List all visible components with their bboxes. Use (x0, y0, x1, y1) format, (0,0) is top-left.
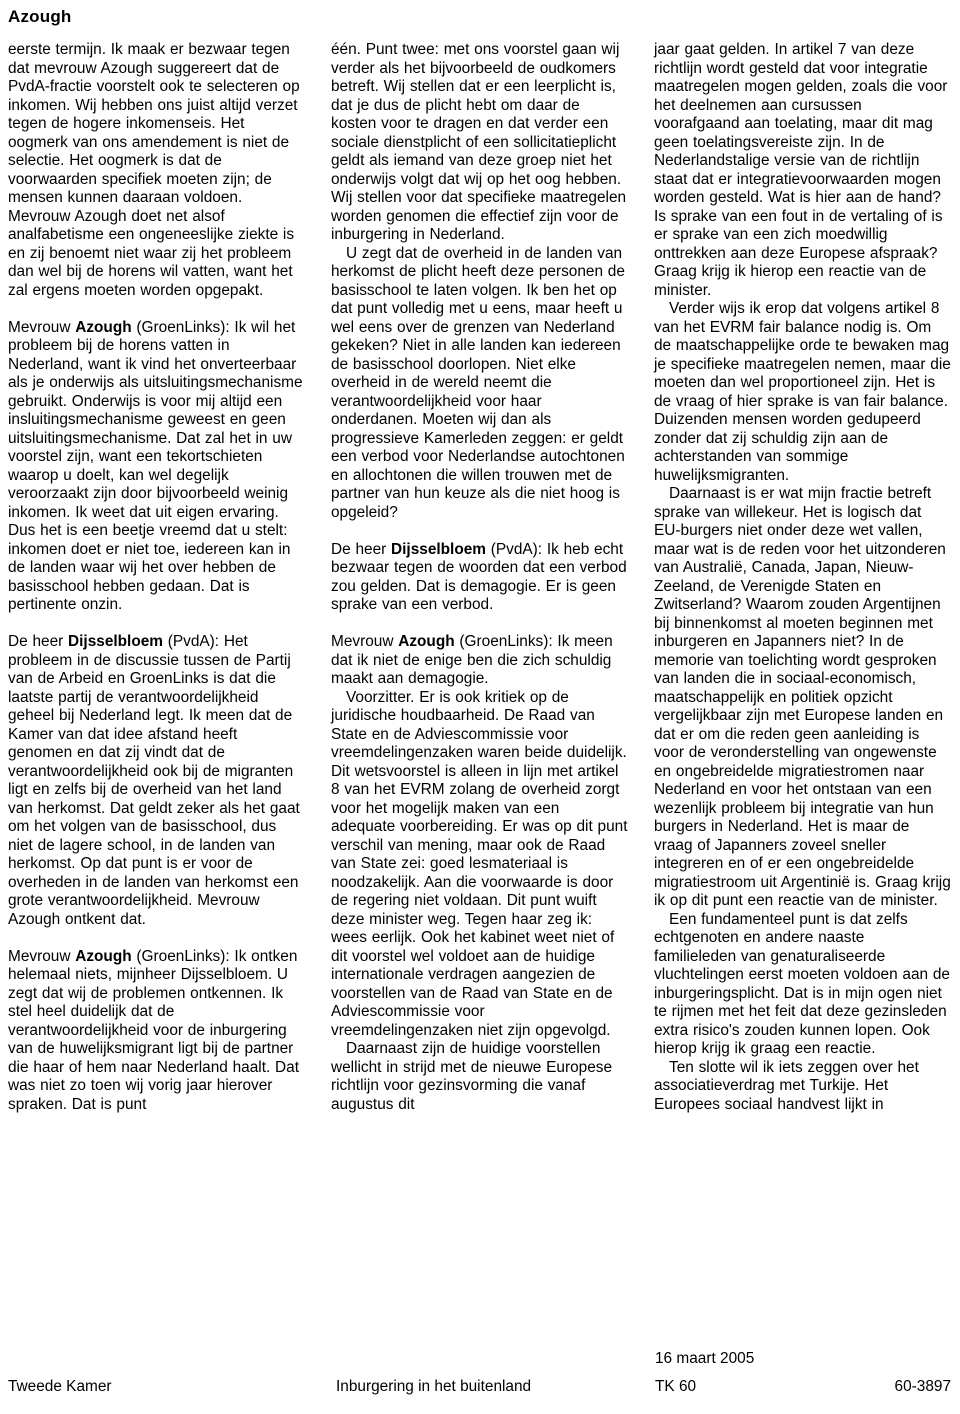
footer-chamber: Tweede Kamer (8, 1378, 112, 1397)
paragraph: jaar gaat gelden. In artikel 7 van deze … (654, 41, 951, 300)
column-1: eerste termijn. Ik maak er bezwaar tegen… (8, 41, 305, 1114)
column-3: jaar gaat gelden. In artikel 7 van deze … (654, 41, 951, 1114)
speaker-prefix: Mevrouw (331, 633, 398, 650)
page-footer: Tweede Kamer Inburgering in het buitenla… (0, 1348, 960, 1408)
speaker-name: Azough (75, 319, 131, 336)
speaker-paragraph: Mevrouw Azough (GroenLinks): Ik meen dat… (331, 633, 628, 689)
speaker-name: Dijsselbloem (68, 633, 163, 650)
speaker-paragraph: Mevrouw Azough (GroenLinks): Ik ontken h… (8, 948, 305, 1115)
footer-subject: Inburgering in het buitenland (336, 1378, 531, 1397)
column-2: één. Punt twee: met ons voorstel gaan wi… (331, 41, 628, 1114)
speaker-paragraph: Mevrouw Azough (GroenLinks): Ik wil het … (8, 319, 305, 615)
speaker-prefix: De heer (8, 633, 68, 650)
paragraph: Een fundamenteel punt is dat zelfs echtg… (654, 911, 951, 1059)
speech-text: (GroenLinks): Ik wil het probleem bij de… (8, 319, 303, 614)
speaker-prefix: Mevrouw (8, 319, 75, 336)
paragraph: Daarnaast is er wat mijn fractie betreft… (654, 485, 951, 911)
paragraph: Daarnaast zijn de huidige voorstellen we… (331, 1040, 628, 1114)
document-page: Azough eerste termijn. Ik maak er bezwaa… (0, 0, 960, 1414)
speaker-name: Azough (398, 633, 454, 650)
speaker-prefix: De heer (331, 541, 391, 558)
paragraph: U zegt dat de overheid in de landen van … (331, 245, 628, 523)
paragraph: eerste termijn. Ik maak er bezwaar tegen… (8, 41, 305, 300)
speech-text: (GroenLinks): Ik ontken helemaal niets, … (8, 948, 299, 1113)
paragraph: Voorzitter. Er is ook kritiek op de juri… (331, 689, 628, 1041)
footer-session: TK 60 (655, 1378, 696, 1397)
speaker-name: Dijsselbloem (391, 541, 486, 558)
speaker-paragraph: De heer Dijsselbloem (PvdA): Het problee… (8, 633, 305, 929)
paragraph: één. Punt twee: met ons voorstel gaan wi… (331, 41, 628, 245)
text-columns: eerste termijn. Ik maak er bezwaar tegen… (8, 41, 952, 1114)
speaker-paragraph: De heer Dijsselbloem (PvdA): Ik heb echt… (331, 541, 628, 615)
page-title: Azough (8, 7, 72, 27)
footer-date: 16 maart 2005 (655, 1350, 754, 1369)
speaker-prefix: Mevrouw (8, 948, 75, 965)
speaker-name: Azough (75, 948, 131, 965)
footer-page-number: 60-3897 (895, 1378, 951, 1397)
paragraph: Ten slotte wil ik iets zeggen over het a… (654, 1059, 951, 1115)
paragraph: Verder wijs ik erop dat volgens artikel … (654, 300, 951, 485)
speech-text: (PvdA): Het probleem in de discussie tus… (8, 633, 300, 928)
